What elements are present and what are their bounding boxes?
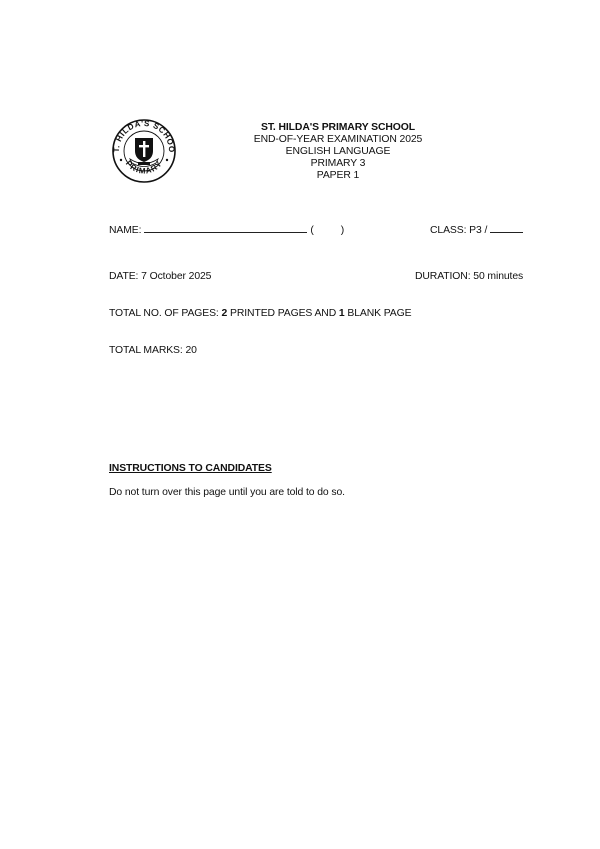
printed-pages-count: 2 [222,308,228,319]
total-pages-row: TOTAL NO. OF PAGES: 2 PRINTED PAGES AND … [109,308,411,320]
date-label: DATE: [109,271,138,282]
pages-label: TOTAL NO. OF PAGES: [109,308,219,319]
register-number-open: ( [310,225,313,236]
exam-title: END-OF-YEAR EXAMINATION 2025 [218,134,458,146]
printed-pages-text: PRINTED PAGES AND [230,308,336,319]
paper-title: PAPER 1 [218,170,458,182]
name-row: NAME:() [109,223,344,237]
instructions-text: Do not turn over this page until you are… [109,487,345,499]
exam-header: ST. HILDA'S PRIMARY SCHOOL END-OF-YEAR E… [218,122,458,182]
total-marks-row: TOTAL MARKS: 20 [109,345,197,357]
school-name: ST. HILDA'S PRIMARY SCHOOL [218,122,458,134]
marks-value: 20 [185,345,196,356]
exam-cover-page: ST. HILDA'S SCHOOL PRIMARY ST. HILDA'S P… [0,0,600,849]
duration-label: DURATION: [415,271,470,282]
date-value: 7 October 2025 [141,271,211,282]
duration-row: DURATION: 50 minutes [415,271,523,283]
class-label: CLASS: P3 / [430,225,487,236]
level-title: PRIMARY 3 [218,158,458,170]
class-row: CLASS: P3 / [430,223,523,237]
class-field[interactable] [490,223,523,233]
subject-title: ENGLISH LANGUAGE [218,146,458,158]
instructions-title: INSTRUCTIONS TO CANDIDATES [109,463,272,475]
date-row: DATE: 7 October 2025 [109,271,211,283]
marks-label: TOTAL MARKS: [109,345,183,356]
name-label: NAME: [109,225,141,236]
duration-value: 50 minutes [473,271,523,282]
blank-pages-text: BLANK PAGE [347,308,411,319]
name-field[interactable] [144,223,307,233]
register-number-close: ) [341,225,344,236]
school-crest-icon: ST. HILDA'S SCHOOL PRIMARY [108,118,180,184]
blank-pages-count: 1 [339,308,345,319]
